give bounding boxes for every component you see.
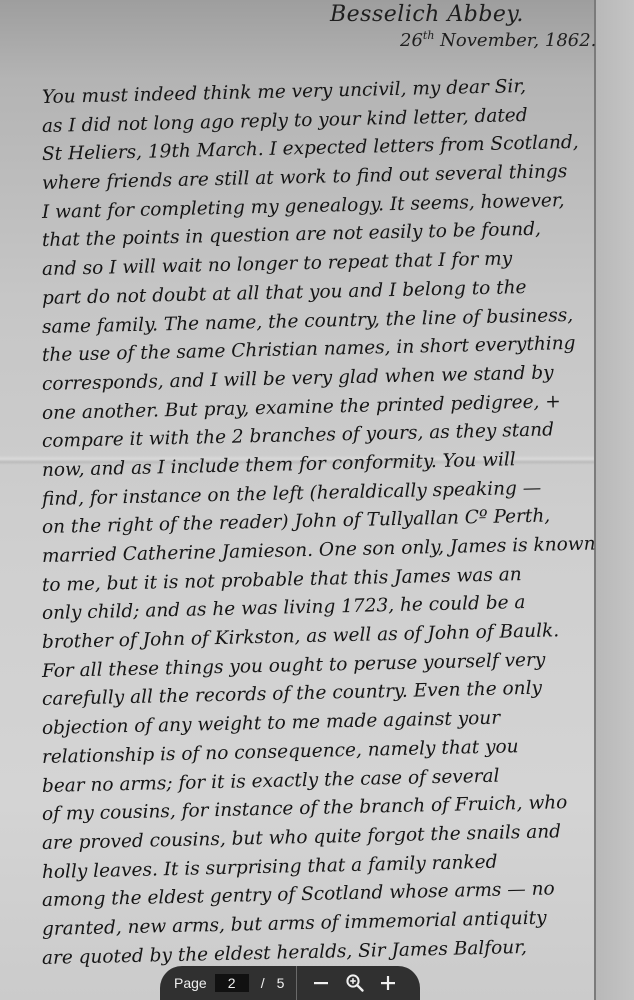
page-number-input[interactable]: [215, 974, 249, 992]
minus-icon: [312, 974, 330, 992]
document-viewer[interactable]: Besselich Abbey. 26th November, 1862. Yo…: [0, 0, 634, 1000]
letter-place: Besselich Abbey.: [330, 2, 596, 27]
toolbar-divider: [296, 966, 297, 1000]
letter-heading: Besselich Abbey. 26th November, 1862.: [330, 0, 596, 51]
zoom-in-button[interactable]: [376, 970, 400, 996]
date-day: 26: [400, 30, 423, 51]
letter-date: 26th November, 1862.: [400, 29, 596, 51]
page-toolbar: Page / 5: [160, 966, 420, 1000]
zoom-out-button[interactable]: [309, 970, 333, 996]
plus-icon: [379, 974, 397, 992]
page-separator: /: [261, 975, 265, 991]
letter-body: You must indeed think me very uncivil, m…: [42, 84, 602, 973]
magnifier-icon: [345, 973, 365, 993]
date-suffix: th: [423, 29, 435, 42]
letter-page-scan: Besselich Abbey. 26th November, 1862. Yo…: [0, 0, 634, 1000]
date-rest: November, 1862.: [440, 30, 596, 51]
total-pages: 5: [277, 975, 285, 991]
zoom-reset-button[interactable]: [343, 970, 367, 996]
page-label: Page: [174, 975, 207, 991]
